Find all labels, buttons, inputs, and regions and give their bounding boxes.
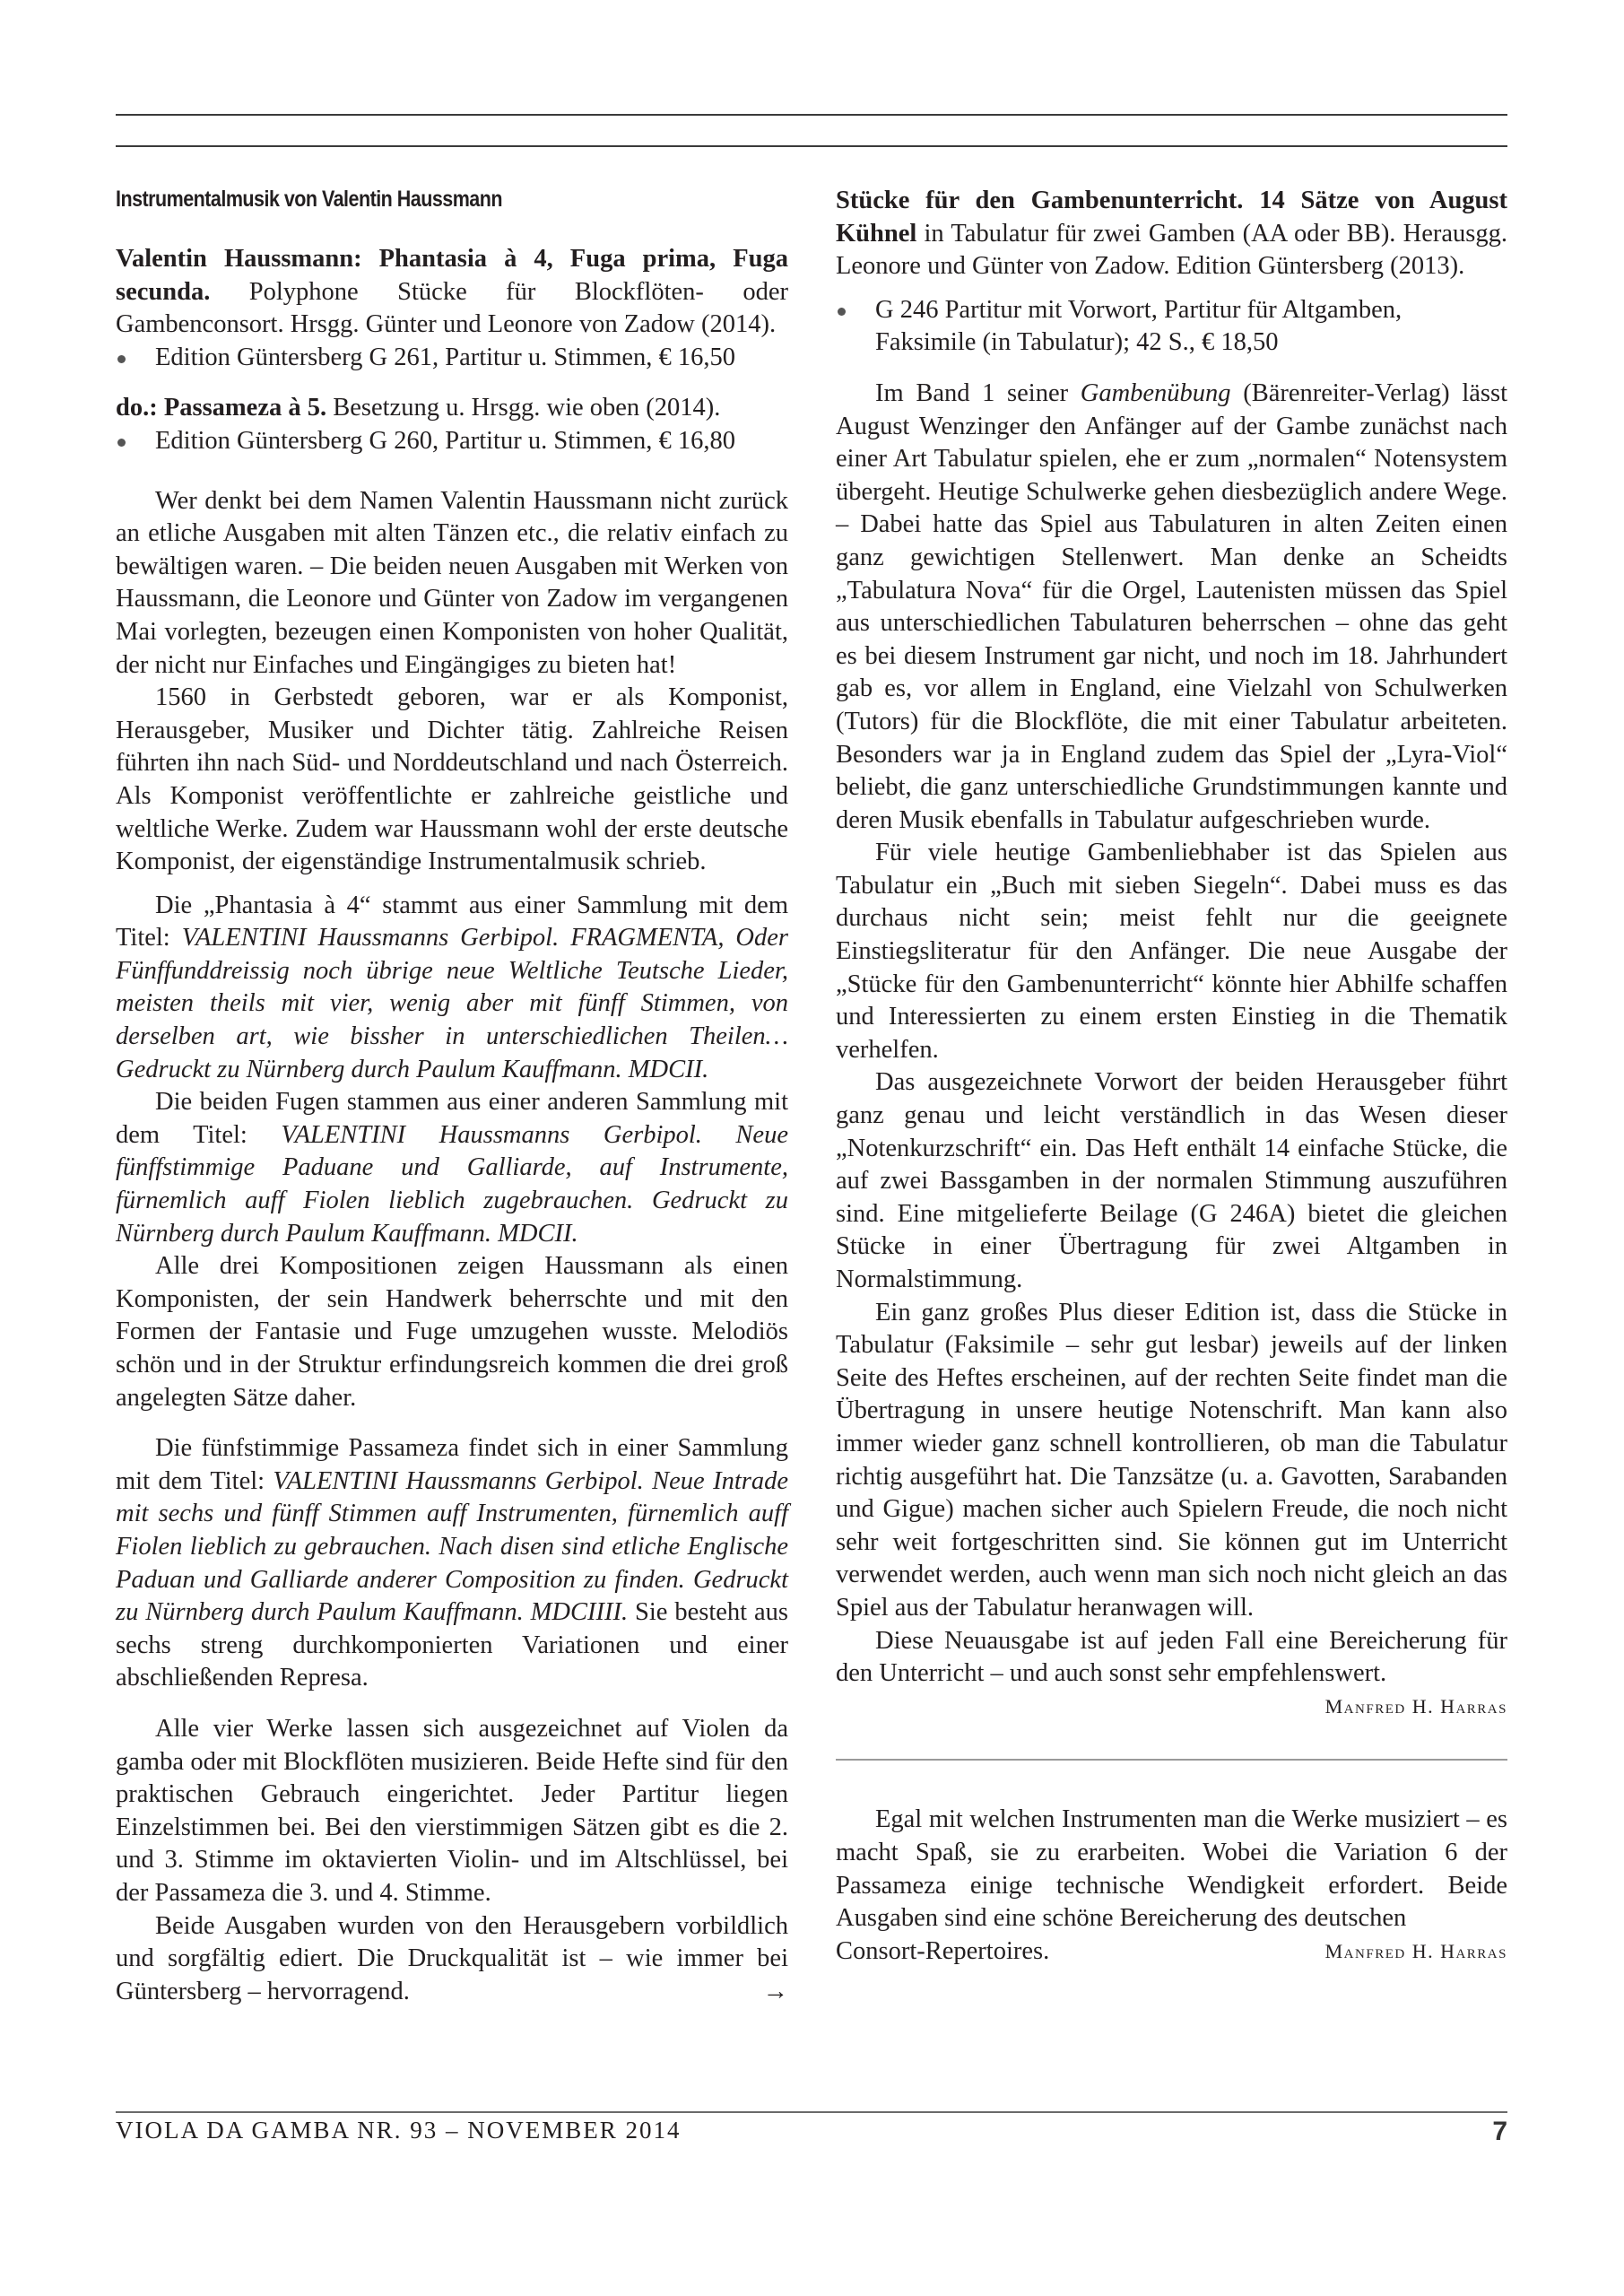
review-entry-phantasia: Valentin Haussmann: Phantasia à 4, Fuga … — [116, 243, 788, 342]
bullet-icon — [117, 355, 126, 363]
edition-text: G 246 Partitur mit Vorwort, Partitur für… — [875, 296, 1402, 357]
header-rule-bottom — [116, 145, 1507, 147]
edition-info: Edition Güntersberg G 261, Partitur u. S… — [116, 342, 788, 375]
entry-description: Besetzung u. Hrsgg. wie oben (2014). — [326, 394, 720, 422]
section-separator — [836, 1759, 1507, 1761]
section-title: Instrumentalmusik von Valentin Haussmann — [116, 187, 694, 213]
body-paragraph: Alle drei Kompositionen zeigen Haussmann… — [116, 1250, 788, 1414]
edition-text: Edition Güntersberg G 261, Partitur u. S… — [155, 344, 735, 371]
continued-paragraph: Egal mit welchen Instrumenten man die We… — [836, 1804, 1507, 1935]
header-rule-top — [116, 114, 1507, 116]
body-paragraph: Die beiden Fugen stammen aus einer ander… — [116, 1086, 788, 1250]
author-signature: Manfred H. Harras — [836, 1691, 1507, 1724]
paragraph-text: Im Band 1 seiner — [875, 379, 1081, 407]
bullet-icon — [838, 308, 846, 316]
body-paragraph: Die fünfstimmige Passameza findet sich i… — [116, 1432, 788, 1695]
left-column: Instrumentalmusik von Valentin Haussmann… — [116, 179, 788, 2008]
body-paragraph: Wer denkt bei dem Namen Valentin Haussma… — [116, 485, 788, 683]
body-paragraph: Diese Neuausgabe ist auf jeden Fall eine… — [836, 1625, 1507, 1691]
publication-footer: Viola da Gamba Nr. 93 – November 2014 — [116, 2117, 682, 2144]
entry-title: do.: Passameza à 5. — [116, 394, 326, 422]
entry-description: Polyphone Stücke für Blockflöten- oder G… — [116, 278, 788, 339]
body-paragraph: Für viele heutige Gambenliebhaber ist da… — [836, 837, 1507, 1066]
body-paragraph: Im Band 1 seiner Gambenübung (Bärenreite… — [836, 378, 1507, 837]
quoted-title: VALENTINI Haussmanns Gerbipol. FRAGMENTA… — [116, 924, 788, 1083]
footer-rule — [116, 2111, 1507, 2113]
edition-info: G 246 Partitur mit Vorwort, Partitur für… — [836, 294, 1507, 360]
bullet-icon — [117, 439, 126, 447]
paragraph-text: Beide Ausgaben wurden von den Herausgebe… — [116, 1912, 788, 2005]
author-signature: Manfred H. Harras — [1325, 1935, 1507, 1969]
body-paragraph: Alle vier Werke lassen sich ausgezeichne… — [116, 1713, 788, 1910]
body-paragraph: 1560 in Gerbstedt geboren, war er als Ko… — [116, 682, 788, 879]
entry-description: in Tabulatur für zwei Gamben (AA oder BB… — [836, 220, 1507, 281]
paragraph-text: (Bärenreiter-Verlag) lässt August Wenzin… — [836, 379, 1507, 834]
book-title: Gambenübung — [1081, 379, 1231, 407]
body-paragraph: Beide Ausgaben wurden von den Herausgebe… — [116, 1910, 788, 2009]
review-entry-gambenunterricht: Stücke für den Gambenunterricht. 14 Sätz… — [836, 185, 1507, 283]
continue-arrow-icon: → — [724, 1976, 789, 2009]
body-paragraph: Die „Phantasia à 4“ stammt aus einer Sam… — [116, 890, 788, 1087]
edition-info: Edition Güntersberg G 260, Partitur u. S… — [116, 425, 788, 458]
right-column: Stücke für den Gambenunterricht. 14 Sätz… — [836, 179, 1507, 1968]
body-paragraph: Das ausgezeichnete Vorwort der beiden He… — [836, 1066, 1507, 1296]
page-number: 7 — [1492, 2117, 1507, 2147]
review-entry-passameza: do.: Passameza à 5. Besetzung u. Hrsgg. … — [116, 392, 788, 425]
edition-text: Edition Güntersberg G 260, Partitur u. S… — [155, 427, 735, 455]
paragraph-last-line: Consort-Repertoires. Manfred H. Harras — [836, 1935, 1507, 1969]
body-paragraph: Ein ganz großes Plus dieser Edition ist,… — [836, 1297, 1507, 1625]
paragraph-text: Consort-Repertoires. — [836, 1935, 1049, 1969]
